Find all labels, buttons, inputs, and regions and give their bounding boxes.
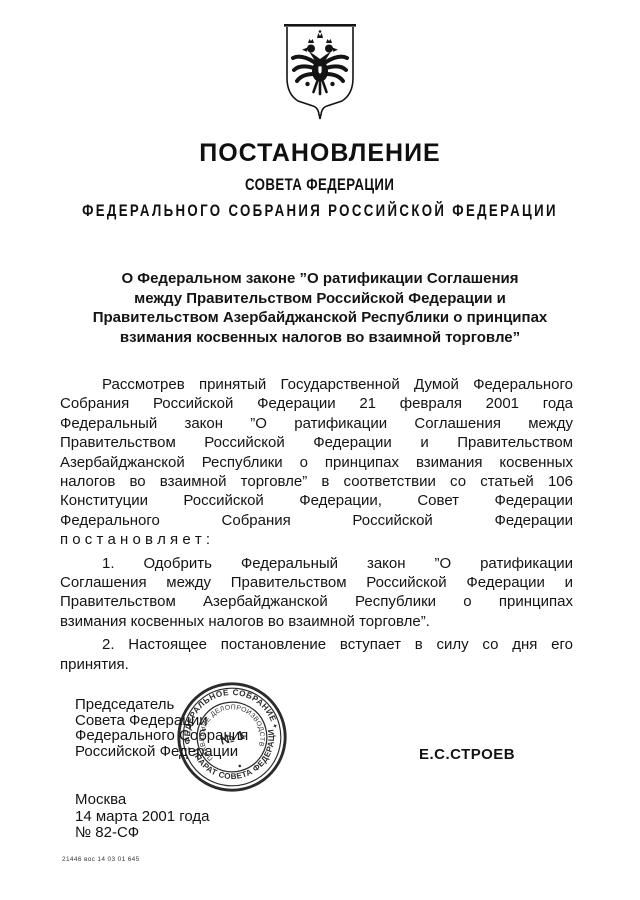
text-line: 2. Настоящее постановление вступает в си… [60, 635, 573, 654]
stamp-icon: ФЕДЕРАЛЬНОЕ СОБРАНИЕ АППАРАТ СОВЕТА ФЕДЕ… [174, 679, 290, 795]
coat-of-arms [284, 22, 356, 122]
text-line: Конституции Российской Федерации, Совет … [60, 491, 573, 510]
text-line: Азербайджанской Республики о принципах в… [60, 453, 573, 472]
text-line: 14 марта 2001 года [75, 809, 315, 826]
subject-heading: О Федеральном законе ”О ратификации Согл… [80, 269, 560, 348]
document-page: ПОСТАНОВЛЕНИЕ СОВЕТА ФЕДЕРАЦИИ ФЕДЕРАЛЬН… [0, 0, 640, 900]
subtitle-line-2: СОВЕТА ФЕДЕРАЦИИ [245, 175, 394, 195]
text-line: О Федеральном законе ”О ратификации Согл… [80, 269, 560, 289]
preamble-paragraph: Рассмотрев принятый Государственной Думо… [60, 375, 573, 550]
text-line: Правительством Российской Федерации и Пр… [60, 433, 573, 452]
subtitle-line-3: ФЕДЕРАЛЬНОГО СОБРАНИЯ РОССИЙСКОЙ ФЕДЕРАЦ… [82, 201, 558, 221]
stamp-center-number: № 1 [219, 728, 246, 748]
text-line: 1. Одобрить Федеральный закон ”О ратифик… [60, 554, 573, 573]
stamp-separator-left: ✦ [186, 745, 194, 754]
document-subtitle-council: СОВЕТА ФЕДЕРАЦИИ [0, 175, 640, 195]
text-line: взимания косвенных налогов во взаимной т… [80, 328, 560, 348]
text-line: Правительством Азербайджанской Республик… [60, 592, 573, 611]
text-line: взимания косвенных налогов во взаимной т… [60, 612, 573, 631]
resolution-item-1: 1. Одобрить Федеральный закон ”О ратифик… [60, 554, 573, 632]
text-line: Рассмотрев принятый Государственной Думо… [60, 375, 573, 394]
document-subtitle-assembly: ФЕДЕРАЛЬНОГО СОБРАНИЯ РОССИЙСКОЙ ФЕДЕРАЦ… [0, 201, 640, 221]
text-line: Собрания Российской Федерации 21 февраля… [60, 394, 573, 413]
text-line: № 82-СФ [75, 825, 315, 842]
print-shop-code: 21446 вос 14 03 01 645 [62, 855, 140, 862]
text-line: Соглашения между Правительством Российск… [60, 573, 573, 592]
text-line: принятия. [60, 655, 573, 674]
place-date-number-block: Москва14 марта 2001 года№ 82-СФ [75, 792, 315, 842]
document-title: ПОСТАНОВЛЕНИЕ [0, 139, 640, 168]
document-body: Рассмотрев принятый Государственной Думо… [60, 375, 573, 674]
text-line: Федеральный закон ”О ратификации Соглаше… [60, 414, 573, 433]
official-round-stamp: ФЕДЕРАЛЬНОЕ СОБРАНИЕ АППАРАТ СОВЕТА ФЕДЕ… [174, 679, 290, 795]
double-headed-eagle-icon [284, 22, 356, 122]
text-line: Москва [75, 792, 315, 809]
signature-name: Е.С.СТРОЕВ [419, 746, 515, 763]
text-line: Правительством Азербайджанской Республик… [80, 308, 560, 328]
text-line: налогов во взаимной торговле” в соответс… [60, 472, 573, 491]
stamp-separator-right: ✦ [271, 722, 279, 731]
text-line: п о с т а н о в л я е т : [60, 530, 573, 549]
resolution-item-2: 2. Настоящее постановление вступает в си… [60, 635, 573, 674]
text-line: Федерального Собрания Российской Федерац… [60, 511, 573, 530]
text-line: между Правительством Российской Федераци… [80, 289, 560, 309]
